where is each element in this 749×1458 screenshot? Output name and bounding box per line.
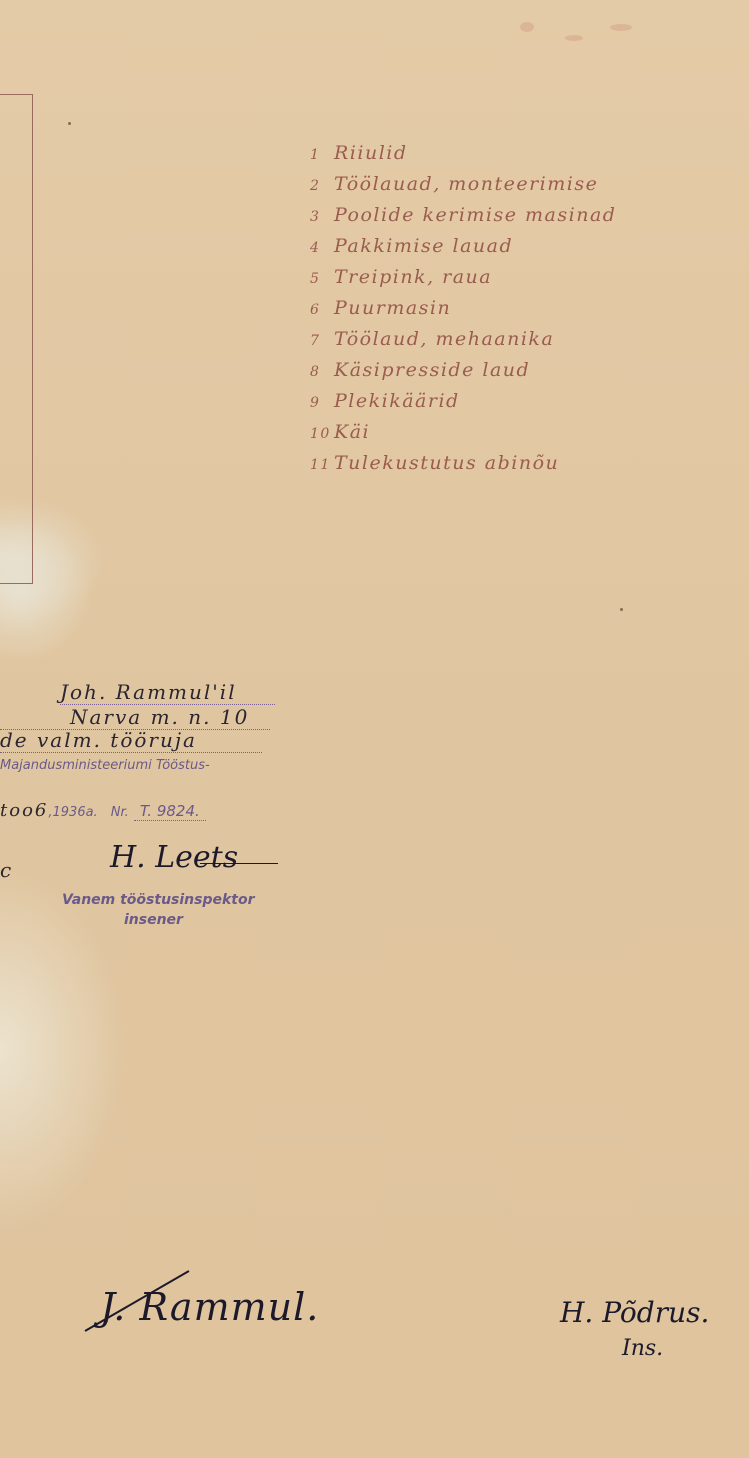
stamp-recipient-line: Joh. Rammul'il — [60, 680, 275, 705]
inspector-signature: H. Leets — [110, 840, 238, 875]
stamp-date-number-line: too6,1936a. Nr. T. 9824. — [0, 800, 206, 821]
engineer-signature: H. Põdrus. — [560, 1296, 709, 1329]
legend-item: 4Pakkimise lauad — [310, 231, 616, 262]
legend-item: 11Tulekustutus abinõu — [310, 448, 616, 479]
stain-mark — [520, 22, 534, 32]
inspector-subtitle: insener — [124, 912, 183, 928]
stain-mark — [565, 35, 583, 41]
ink-speck — [620, 608, 623, 611]
engineer-title: Ins. — [622, 1336, 663, 1361]
legend-item: 3Poolide kerimise masinad — [310, 200, 616, 231]
legend-item: 2Töölauad, monteerimise — [310, 169, 616, 200]
legend-item: 10Käi — [310, 417, 616, 448]
stamp-purpose-line: de valm. tööruja — [0, 728, 262, 753]
stain-mark — [610, 24, 632, 31]
inspector-signature-flourish — [200, 863, 278, 864]
legend-item: 8Käsipresside laud — [310, 355, 616, 386]
plan-frame-border — [0, 94, 33, 584]
legend-item: 9Plekikäärid — [310, 386, 616, 417]
inspector-title: Vanem tööstusinspektor — [62, 892, 255, 908]
legend-item: 6Puurmasin — [310, 293, 616, 324]
owner-signature: J. Rammul. — [100, 1285, 319, 1329]
legend-item: 7Töölaud, mehaanika — [310, 324, 616, 355]
legend-item: 1Riiulid — [310, 138, 616, 169]
stamp-ministry-line: Majandusministeeriumi Tööstus- — [0, 758, 210, 773]
legend-item: 5Treipink, raua — [310, 262, 616, 293]
stamp-left-fragment: c — [0, 858, 13, 882]
equipment-legend: 1Riiulid 2Töölauad, monteerimise 3Poolid… — [310, 138, 616, 479]
stamp-address-line: Narva m. n. 10 — [0, 705, 270, 730]
ink-speck — [68, 122, 71, 125]
